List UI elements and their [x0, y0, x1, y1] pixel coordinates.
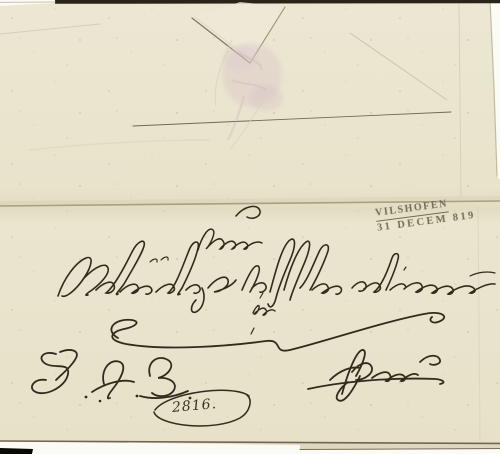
photo-bottom-left-mark	[0, 448, 33, 454]
letter-photo: VILSHOFEN 31 DECEM 819 2816.	[0, 0, 500, 454]
photo-top-edge	[55, 0, 500, 4]
paper-bottom-edge	[0, 441, 500, 450]
